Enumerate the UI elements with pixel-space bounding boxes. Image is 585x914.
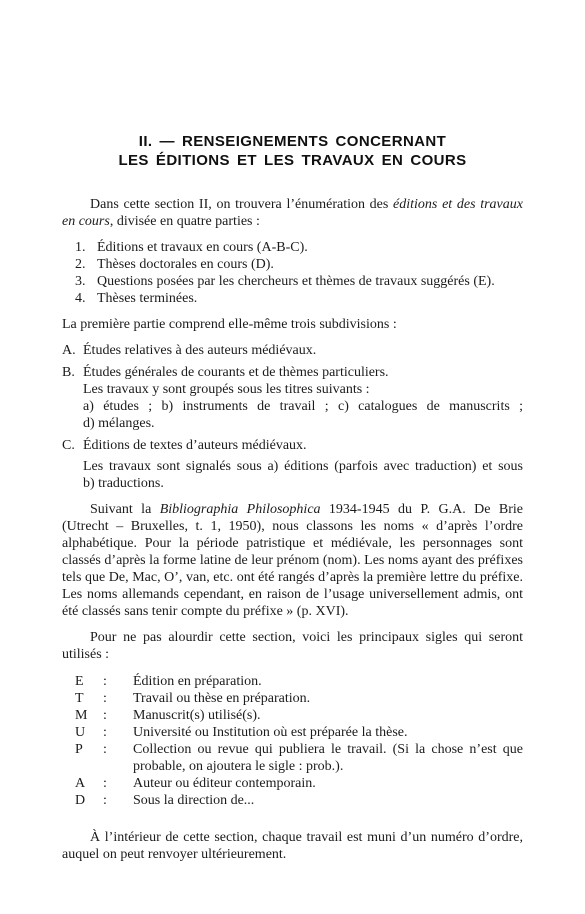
classification-paragraph: Suivant la Bibliographia Philosophica 19… [62, 501, 523, 620]
sigle-row-p: P : Collection ou revue qui publiera le … [62, 741, 523, 775]
sigle-colon: : [103, 741, 133, 775]
intro-text-start: Dans cette section II, on trouvera l’énu… [90, 197, 393, 212]
subdivision-item-c: C. Éditions de textes d’auteurs médiévau… [62, 437, 523, 492]
subdivision-text: Études relatives à des auteurs médiévaux… [83, 342, 523, 359]
part-item-3: 3. Questions posées par les chercheurs e… [62, 273, 523, 290]
sigle-description: Sous la direction de... [133, 792, 523, 809]
sigles-list: E : Édition en préparation. T : Travail … [62, 673, 523, 809]
sigle-description: Auteur ou éditeur contemporain. [133, 775, 523, 792]
sigle-description: Collection ou revue qui publiera le trav… [133, 741, 523, 775]
part-number: 2. [75, 256, 97, 273]
part-item-1: 1. Éditions et travaux en cours (A-B-C). [62, 239, 523, 256]
subdivision-letter: A. [62, 342, 83, 359]
subdivision-text: Études générales de courants et de thème… [83, 364, 523, 381]
sigle-letter: D [75, 792, 103, 809]
part-item-2: 2. Thèses doctorales en cours (D). [62, 256, 523, 273]
subdivision-item-b: B. Études générales de courants et de th… [62, 364, 523, 432]
sigle-letter: E [75, 673, 103, 690]
sigle-row-a: A : Auteur ou éditeur contemporain. [62, 775, 523, 792]
sigle-colon: : [103, 792, 133, 809]
part-number: 1. [75, 239, 97, 256]
part-number: 4. [75, 290, 97, 307]
sigle-row-u: U : Université ou Institution où est pré… [62, 724, 523, 741]
subdivision-letter: B. [62, 364, 83, 432]
sigle-description: Manuscrit(s) utilisé(s). [133, 707, 523, 724]
subdivisions-intro: La première partie comprend elle-même tr… [62, 316, 523, 333]
intro-paragraph: Dans cette section II, on trouvera l’énu… [62, 196, 523, 230]
sigle-letter: M [75, 707, 103, 724]
sigle-colon: : [103, 690, 133, 707]
part-text: Questions posées par les chercheurs et t… [97, 273, 523, 290]
subdivision-body: Éditions de textes d’auteurs médiévaux. … [83, 437, 523, 492]
section-title-line-2: LES ÉDITIONS ET LES TRAVAUX EN COURS [62, 151, 523, 170]
sigle-letter: P [75, 741, 103, 775]
sigle-colon: : [103, 775, 133, 792]
sigle-letter: U [75, 724, 103, 741]
subdivision-text: Éditions de textes d’auteurs médiévaux. [83, 437, 523, 454]
sigle-colon: : [103, 673, 133, 690]
part-text: Éditions et travaux en cours (A-B-C). [97, 239, 523, 256]
sigle-description: Édition en préparation. [133, 673, 523, 690]
subdivision-item-a: A. Études relatives à des auteurs médiév… [62, 342, 523, 359]
classification-text-start: Suivant la [90, 502, 160, 517]
document-page: II. — RENSEIGNEMENTS CONCERNANT LES ÉDIT… [0, 0, 585, 914]
sigle-row-d: D : Sous la direction de... [62, 792, 523, 809]
sigle-row-e: E : Édition en préparation. [62, 673, 523, 690]
closing-paragraph: À l’intérieur de cette section, chaque t… [62, 829, 523, 863]
part-item-4: 4. Thèses terminées. [62, 290, 523, 307]
part-text: Thèses terminées. [97, 290, 523, 307]
sigle-row-m: M : Manuscrit(s) utilisé(s). [62, 707, 523, 724]
parts-list: 1. Éditions et travaux en cours (A-B-C).… [62, 239, 523, 307]
subdivisions-list: A. Études relatives à des auteurs médiév… [62, 342, 523, 492]
subdivision-text: a) études ; b) instruments de travail ; … [83, 398, 523, 432]
classification-text-italic: Bibliographia Philosophica [160, 502, 321, 517]
intro-text-end: , divisée en quatre parties : [110, 214, 260, 229]
sigle-colon: : [103, 724, 133, 741]
sigle-description: Travail ou thèse en préparation. [133, 690, 523, 707]
sigle-colon: : [103, 707, 133, 724]
subdivision-text: Les travaux y sont groupés sous les titr… [83, 381, 523, 398]
part-text: Thèses doctorales en cours (D). [97, 256, 523, 273]
section-title: II. — RENSEIGNEMENTS CONCERNANT LES ÉDIT… [62, 132, 523, 170]
subdivision-letter: C. [62, 437, 83, 492]
sigle-letter: A [75, 775, 103, 792]
part-number: 3. [75, 273, 97, 290]
sigles-intro: Pour ne pas alourdir cette section, voic… [62, 629, 523, 663]
text-block: II. — RENSEIGNEMENTS CONCERNANT LES ÉDIT… [62, 132, 523, 863]
subdivision-body: Études relatives à des auteurs médiévaux… [83, 342, 523, 359]
section-title-line-1: II. — RENSEIGNEMENTS CONCERNANT [62, 132, 523, 151]
sigle-row-t: T : Travail ou thèse en préparation. [62, 690, 523, 707]
sigle-letter: T [75, 690, 103, 707]
subdivision-text: Les travaux sont signalés sous a) éditio… [83, 458, 523, 492]
classification-text-end: 1934-1945 du P. G.A. De Brie (Utrecht – … [62, 502, 523, 619]
sigle-description: Université ou Institution où est préparé… [133, 724, 523, 741]
subdivision-body: Études générales de courants et de thème… [83, 364, 523, 432]
